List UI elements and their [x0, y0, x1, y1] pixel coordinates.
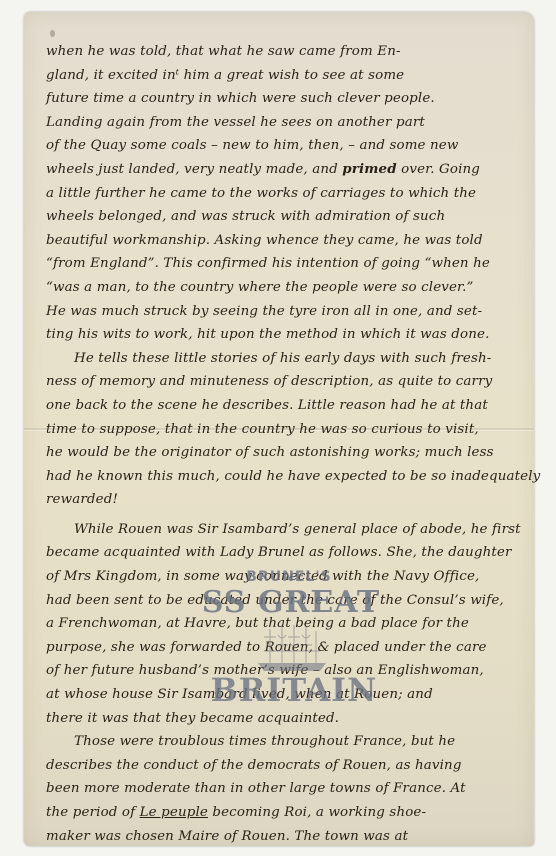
text-line: describes the conduct of the democrats o…: [46, 754, 536, 778]
text-line: of Mrs Kingdom, in some way connected wi…: [46, 565, 536, 589]
text-line: gland, it excited inᵗ him a great wish t…: [46, 64, 536, 88]
text-line: “was a man, to the country where the peo…: [46, 276, 536, 300]
ink-stain: [50, 30, 55, 37]
text-line: Landing again from the vessel he sees on…: [46, 111, 536, 135]
text-line: the period of Le peuple becoming Roi, a …: [46, 801, 536, 825]
text-line: of the Quay some coals – new to him, the…: [46, 134, 536, 158]
text-line: there it was that they became acquainted…: [46, 707, 536, 731]
text-line: wheels belonged, and was struck with adm…: [46, 205, 536, 229]
text-line: While Rouen was Sir Isambard’s general p…: [46, 518, 536, 542]
text-line: rewarded!: [46, 488, 536, 512]
text-line: at whose house Sir Isambard lived, when …: [46, 683, 536, 707]
manuscript-page: when he was told, that what he saw came …: [24, 12, 534, 846]
text-line: a little further he came to the works of…: [46, 182, 536, 206]
text-line: he would be the originator of such aston…: [46, 441, 536, 465]
text-line: had he known this much, could he have ex…: [46, 465, 536, 489]
text-line: when he was told, that what he saw came …: [46, 40, 536, 64]
text-line: ting his wits to work, hit upon the meth…: [46, 323, 536, 347]
text-line: purpose, she was forwarded to Rouen, & p…: [46, 636, 536, 660]
text-line: future time a country in which were such…: [46, 87, 536, 111]
text-line: Those were troublous times throughout Fr…: [46, 730, 536, 754]
text-line: He was much struck by seeing the tyre ir…: [46, 300, 536, 324]
underlined-word: Le peuple: [140, 805, 208, 820]
text-line: “from England”. This confirmed his inten…: [46, 252, 536, 276]
text-line: been more moderate than in other large t…: [46, 777, 536, 801]
text-line: time to suppose, that in the country he …: [46, 418, 536, 442]
bold-word: primed: [342, 161, 396, 177]
text-line: became acquainted with Lady Brunel as fo…: [46, 541, 536, 565]
text-line: He tells these little stories of his ear…: [46, 347, 536, 371]
text-line: beautiful workmanship. Asking whence the…: [46, 229, 536, 253]
text-line: one back to the scene he describes. Litt…: [46, 394, 536, 418]
text-line: ness of memory and minuteness of descrip…: [46, 370, 536, 394]
text-line: maker was chosen Maire of Rouen. The tow…: [46, 825, 536, 849]
manuscript-text: when he was told, that what he saw came …: [46, 40, 536, 848]
text-line: of her future husband’s mother’s wife – …: [46, 659, 536, 683]
text-line: a Frenchwoman, at Havre, but that being …: [46, 612, 536, 636]
text-line: wheels just landed, very neatly made, an…: [46, 158, 536, 182]
text-line: had been sent to be educated under the c…: [46, 589, 536, 613]
